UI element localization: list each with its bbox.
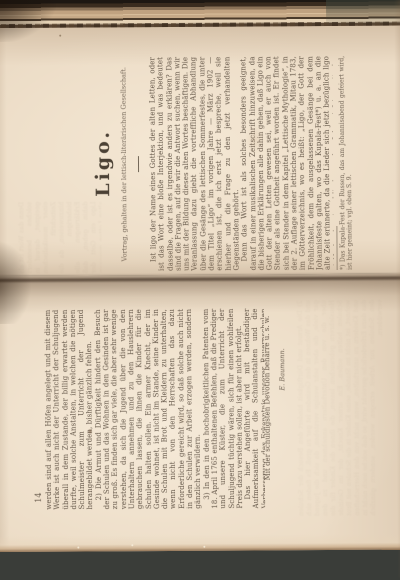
right-page-text: Ist ligo der Name eines Gottes der alten…	[148, 56, 333, 271]
left-page: 14 werden sind auf allen Höfen angelegt …	[0, 274, 400, 553]
dust-speck	[77, 547, 79, 549]
section-rule	[138, 156, 139, 172]
spine-head-shadow	[0, 240, 32, 324]
paragraph: 3) In den in den hochobrigkeitlichen Pat…	[202, 309, 245, 509]
foxing-stain	[174, 407, 190, 433]
article-title: Ligo.	[92, 57, 113, 271]
foxing-stain	[245, 124, 265, 154]
dust-speck	[203, 546, 205, 548]
right-page: Denn das Wort ist als solches besonders …	[0, 22, 400, 277]
paragraph: Das hier Angeführte wird mit beständiger…	[243, 308, 265, 508]
signature: E. Baumann.	[278, 348, 287, 508]
page-number: 14	[35, 493, 43, 503]
footnote: *) Das Kupala-Fest der Russen, das am Jo…	[338, 56, 357, 270]
book-spread: 14 werden sind auf allen Höfen angelegt …	[0, 0, 400, 580]
corner-shadow	[0, 0, 56, 42]
paragraph: Denn das Wort ist als solches besonders …	[240, 56, 334, 271]
paragraph: Ist ligo der Name eines Gottes der alten…	[148, 57, 241, 272]
dust-speck	[131, 544, 133, 546]
bleed-through-text: 2) Die Armut und Dürftigkeit hindert den…	[296, 300, 397, 517]
ink-stain	[89, 429, 92, 433]
left-page-text: werden sind auf allen Höfen angelegt und…	[44, 308, 265, 509]
paragraph: werden sind auf allen Höfen angelegt und…	[44, 309, 95, 509]
corner-shadow	[326, 0, 400, 26]
article-subtitle: Vortrag, gehalten in der lettisch-literä…	[120, 57, 128, 271]
closing-line: Mit der schuldigsten Devotion beharre u.…	[263, 280, 273, 508]
book-photo: 14 werden sind auf allen Höfen angelegt …	[0, 0, 400, 580]
dust-speck	[59, 35, 61, 37]
